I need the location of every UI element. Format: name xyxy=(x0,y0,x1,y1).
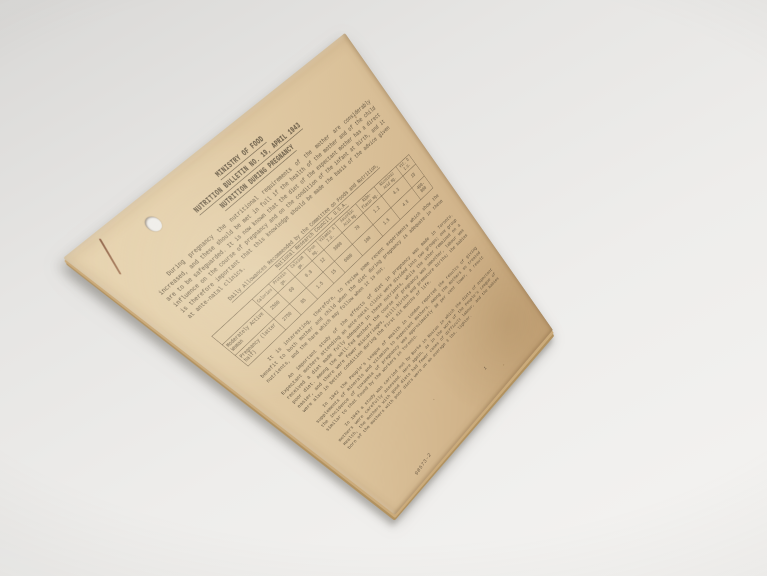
typed-content: MINISTRY OF FOOD NUTRITION BULLETIN NO. … xyxy=(63,33,553,515)
pencil-stamp-number: 98573-2 xyxy=(414,452,433,476)
document-sheet: MINISTRY OF FOOD NUTRITION BULLETIN NO. … xyxy=(63,33,553,515)
document-sheet-stack: MINISTRY OF FOOD NUTRITION BULLETIN NO. … xyxy=(63,33,553,515)
page-number: 1 xyxy=(483,366,488,371)
photo-scene: MINISTRY OF FOOD NUTRITION BULLETIN NO. … xyxy=(0,0,767,576)
